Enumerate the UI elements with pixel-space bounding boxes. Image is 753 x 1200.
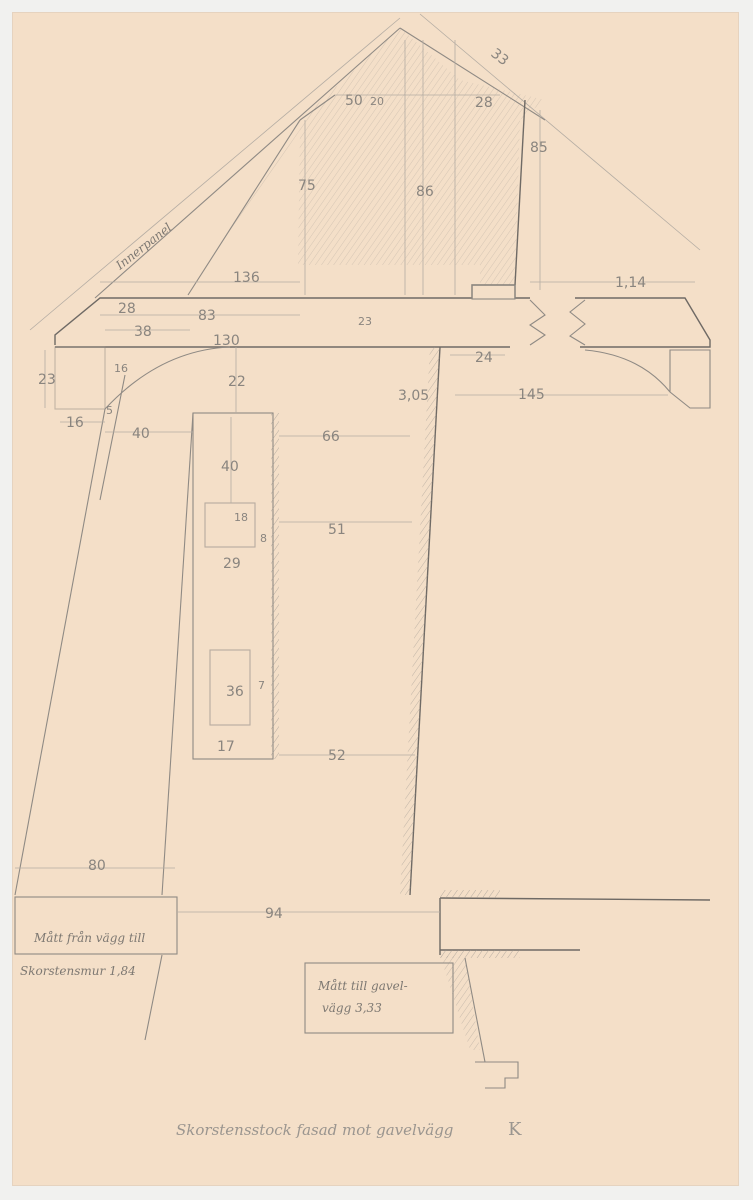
note-box-line2: vägg 3,33 (322, 1001, 382, 1015)
dim-114: 1,14 (615, 275, 646, 291)
dim-23-left: 23 (38, 372, 56, 388)
dim-17: 17 (217, 739, 235, 755)
sheet-mark: K (508, 1119, 522, 1140)
dim-18: 18 (234, 511, 248, 524)
dim-86: 86 (416, 184, 434, 200)
beam (55, 285, 710, 409)
dim-80: 80 (88, 858, 106, 874)
note-box-line1: Mått till gavel- (317, 978, 408, 993)
dim-52: 52 (328, 748, 346, 764)
roof-outline (30, 14, 700, 330)
dim-5: 5 (106, 404, 113, 417)
dim-20: 20 (370, 95, 384, 108)
dim-40-left: 40 (132, 426, 150, 442)
dim-24: 24 (475, 350, 493, 366)
dim-83: 83 (198, 308, 216, 324)
dim-29: 29 (223, 556, 241, 572)
dim-145: 145 (518, 387, 545, 403)
dim-50: 50 (345, 93, 363, 109)
architectural-drawing: Innerpanel 33 50 20 28 85 75 86 136 1,14… (0, 0, 753, 1200)
dimension-lines (15, 282, 695, 912)
note-left-line2: Skorstensmur 1,84 (20, 964, 136, 978)
dim-40: 40 (221, 459, 239, 475)
dim-22: 22 (228, 374, 246, 390)
dim-28-top: 28 (475, 95, 493, 111)
dim-136: 136 (233, 270, 260, 286)
dim-8: 8 (260, 532, 267, 545)
dim-85: 85 (530, 140, 548, 156)
dim-51: 51 (328, 522, 346, 538)
dim-7: 7 (258, 679, 265, 692)
dim-75: 75 (298, 178, 316, 194)
dim-36: 36 (226, 684, 244, 700)
dim-23-mid: 23 (358, 315, 372, 328)
dim-38: 38 (134, 324, 152, 340)
dim-94: 94 (265, 906, 283, 922)
note-box (305, 963, 453, 1033)
drawing-title: Skorstensstock fasad mot gavelvägg (176, 1121, 453, 1139)
dim-66: 66 (322, 429, 340, 445)
dim-28: 28 (118, 301, 136, 317)
dim-33: 33 (488, 46, 512, 70)
dim-130: 130 (213, 333, 240, 349)
innerpanel-label: Innerpanel (112, 220, 174, 273)
dim-305: 3,05 (398, 388, 429, 404)
dim-16-small: 16 (114, 362, 128, 375)
dim-16: 16 (66, 415, 84, 431)
note-left-line1: Mått från vägg till (33, 930, 145, 945)
